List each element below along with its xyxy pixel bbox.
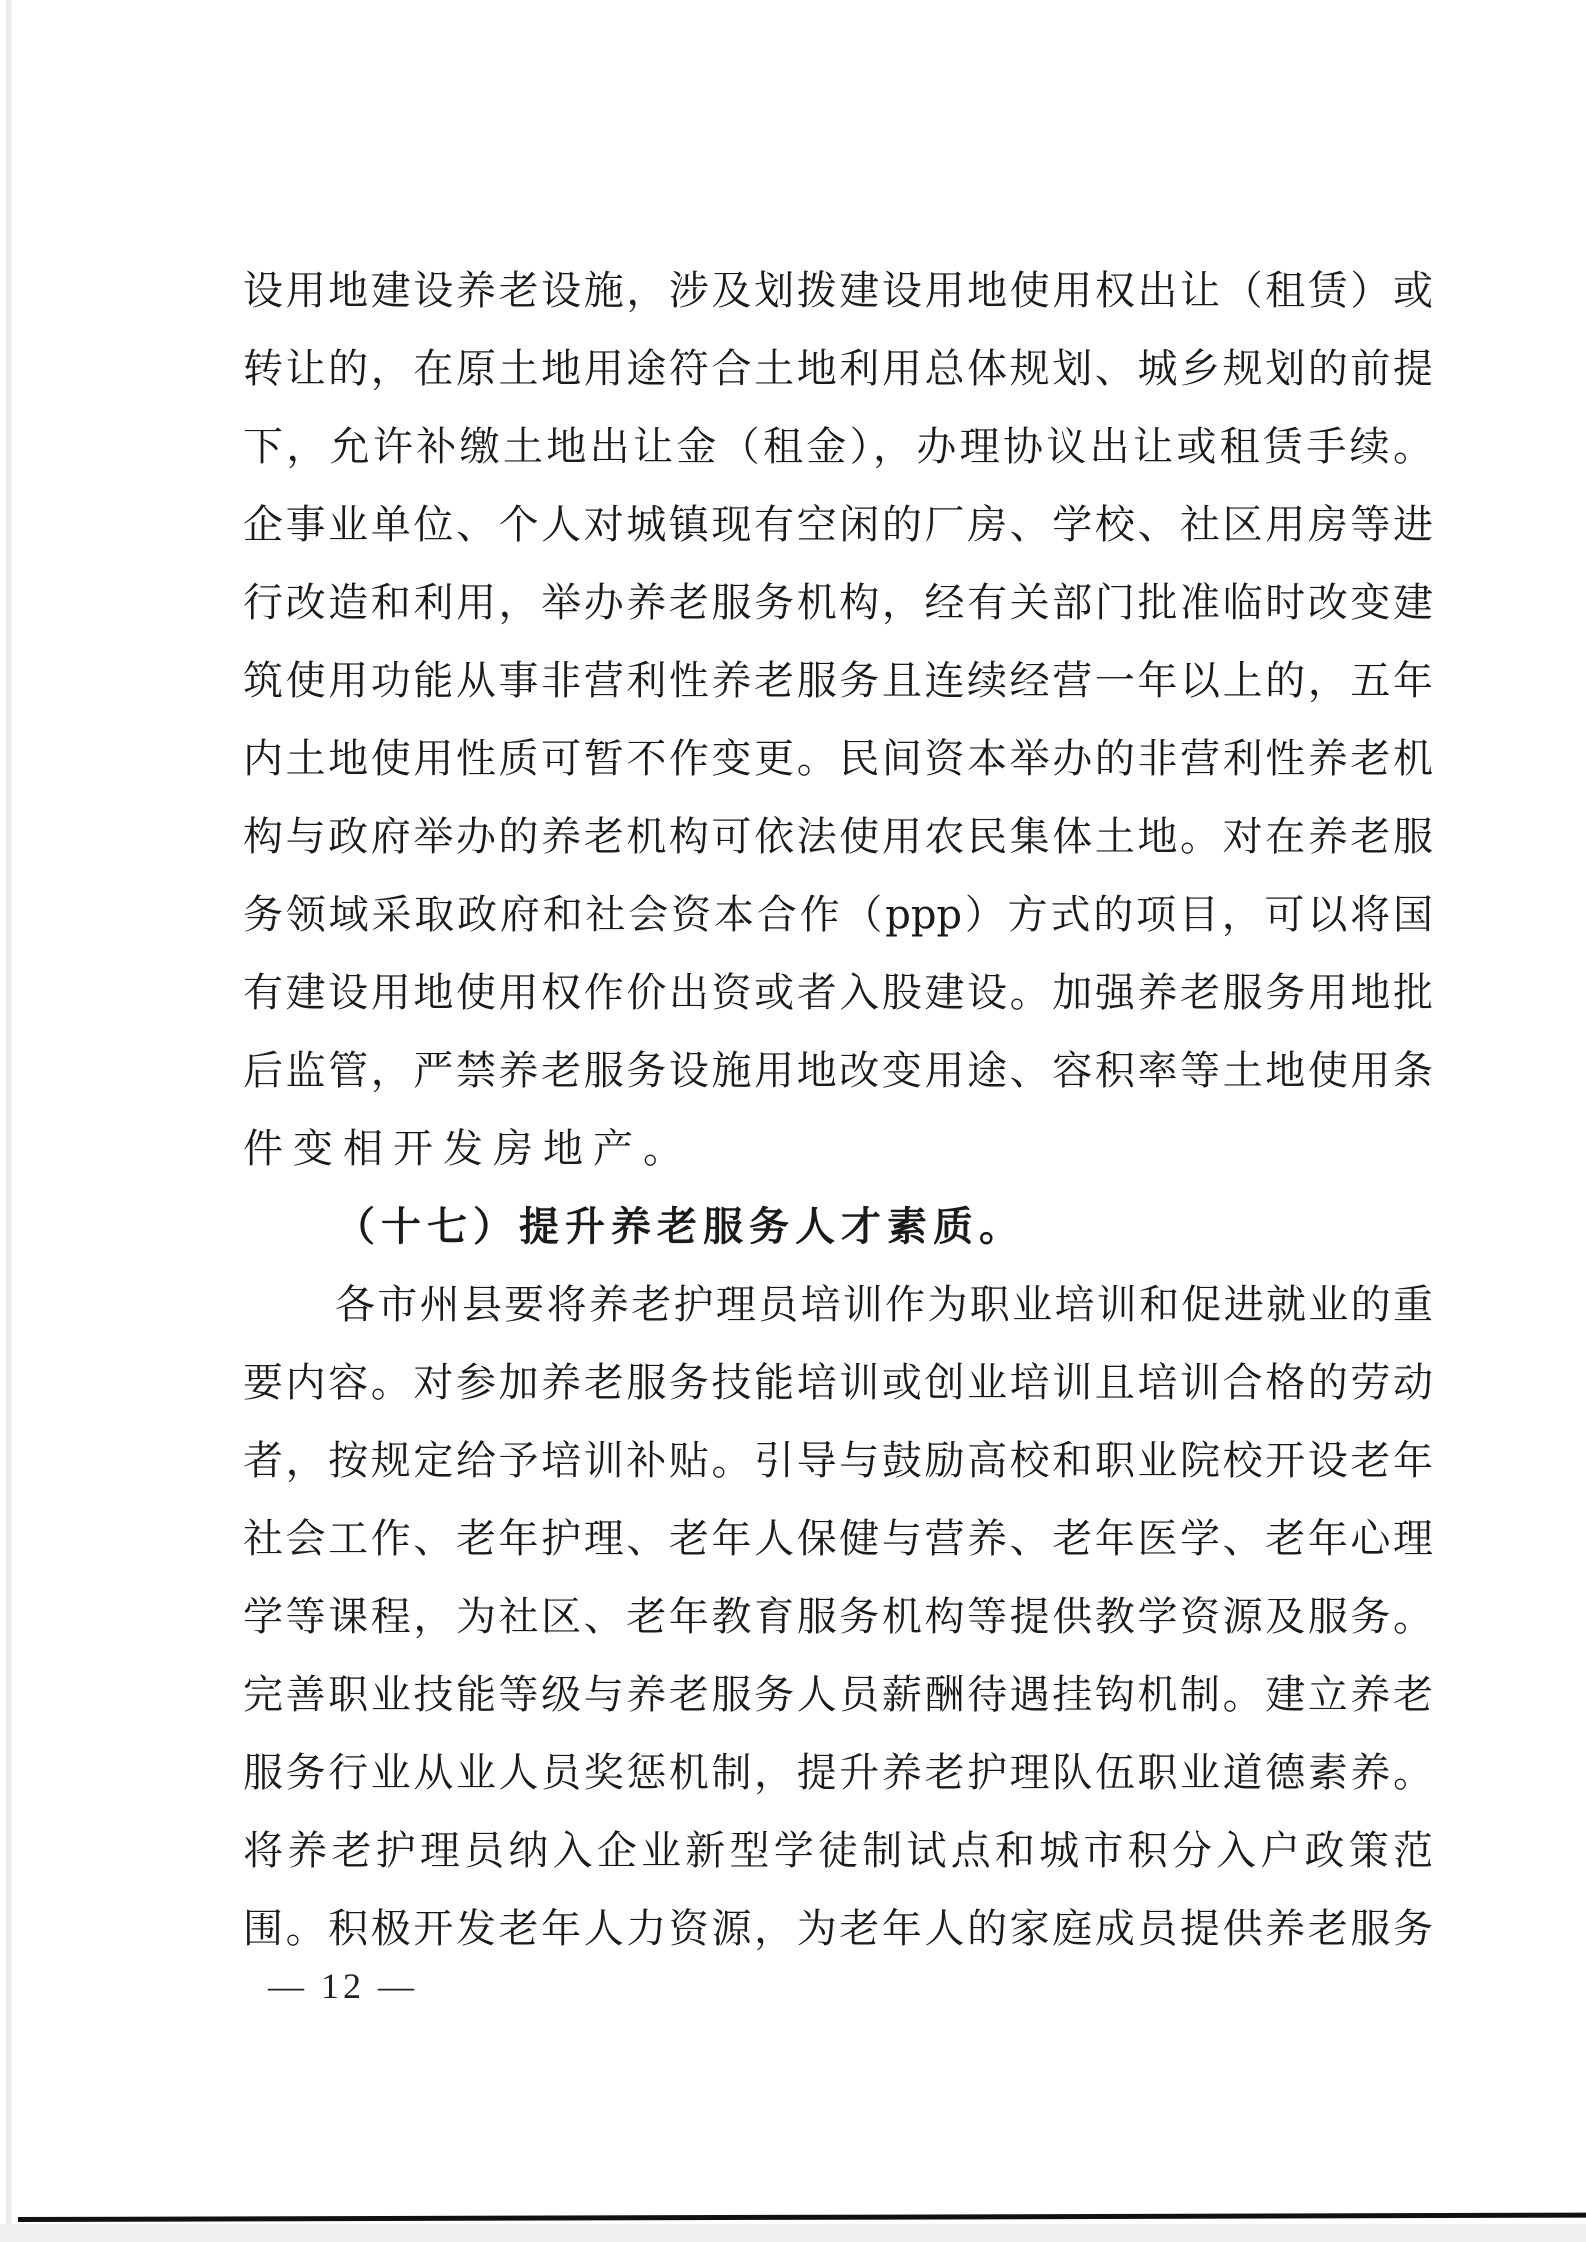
text-line: 服务行业从业人员奖惩机制，提升养老护理队伍职业道德素养。 bbox=[243, 1734, 1433, 1812]
paragraph-17: 各市州县要将养老护理员培训作为职业培训和促进就业的重 要内容。对参加养老服务技能… bbox=[243, 1266, 1433, 1968]
text-line: 社会工作、老年护理、老年人保健与营养、老年医学、老年心理 bbox=[243, 1500, 1433, 1578]
section-heading: （十七）提升养老服务人才素质。 bbox=[243, 1188, 1433, 1266]
scan-left-edge bbox=[6, 0, 12, 2242]
text-line: 件变相开发房地产。 bbox=[243, 1110, 1433, 1188]
text-line: 行改造和利用，举办养老服务机构，经有关部门批准临时改变建 bbox=[243, 564, 1433, 642]
text-line: 设用地建设养老设施，涉及划拨建设用地使用权出让（租赁）或 bbox=[243, 252, 1433, 330]
page-number: — 12 — bbox=[268, 1966, 418, 2006]
text-line: 者，按规定给予培训补贴。引导与鼓励高校和职业院校开设老年 bbox=[243, 1422, 1433, 1500]
document-body: 设用地建设养老设施，涉及划拨建设用地使用权出让（租赁）或 转让的，在原土地用途符… bbox=[243, 252, 1433, 1968]
text-line: 务领域采取政府和社会资本合作（ppp）方式的项目，可以将国 bbox=[243, 876, 1433, 954]
text-line: 后监管，严禁养老服务设施用地改变用途、容积率等土地使用条 bbox=[243, 1032, 1433, 1110]
text-line: 学等课程，为社区、老年教育服务机构等提供教学资源及服务。 bbox=[243, 1578, 1433, 1656]
text-line: 内土地使用性质可暂不作变更。民间资本举办的非营利性养老机 bbox=[243, 720, 1433, 798]
text-line: 完善职业技能等级与养老服务人员薪酬待遇挂钩机制。建立养老 bbox=[243, 1656, 1433, 1734]
text-line: 筑使用功能从事非营利性养老服务且连续经营一年以上的，五年 bbox=[243, 642, 1433, 720]
text-line: 将养老护理员纳入企业新型学徒制试点和城市积分入户政策范 bbox=[243, 1812, 1433, 1890]
text-line: 要内容。对参加养老服务技能培训或创业培训且培训合格的劳动 bbox=[243, 1344, 1433, 1422]
text-line: 构与政府举办的养老机构可依法使用农民集体土地。对在养老服 bbox=[243, 798, 1433, 876]
paragraph-continued: 设用地建设养老设施，涉及划拨建设用地使用权出让（租赁）或 转让的，在原土地用途符… bbox=[243, 252, 1433, 1188]
text-line: 下，允许补缴土地出让金（租金），办理协议出让或租赁手续。 bbox=[243, 408, 1433, 486]
text-line: 有建设用地使用权作价出资或者入股建设。加强养老服务用地批 bbox=[243, 954, 1433, 1032]
text-line: 各市州县要将养老护理员培训作为职业培训和促进就业的重 bbox=[243, 1266, 1433, 1344]
text-line: 企事业单位、个人对城镇现有空闲的厂房、学校、社区用房等进 bbox=[243, 486, 1433, 564]
scan-bottom-strip bbox=[0, 2224, 1586, 2242]
page-bottom-rule bbox=[18, 2213, 1586, 2222]
text-line: 围。积极开发老年人力资源，为老年人的家庭成员提供养老服务 bbox=[243, 1890, 1433, 1968]
text-line: 转让的，在原土地用途符合土地利用总体规划、城乡规划的前提 bbox=[243, 330, 1433, 408]
